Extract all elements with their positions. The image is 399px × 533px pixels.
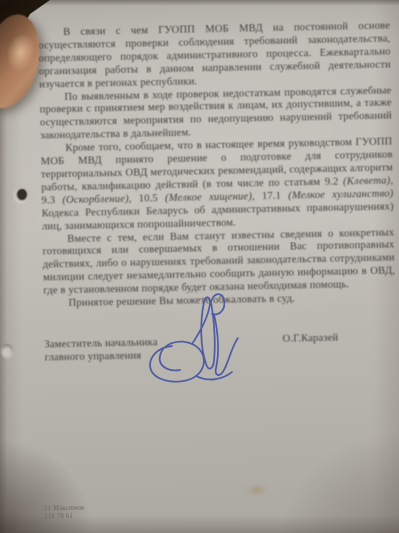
punch-hole-icon — [1, 344, 13, 357]
signer-name: О.Г.Каразей — [283, 331, 397, 346]
paragraph-3-text: Кроме того, сообщаем, что в настоящее вр… — [41, 137, 393, 194]
statute-name: (Клевета) — [343, 175, 390, 187]
paper-stain — [246, 484, 268, 496]
signer-position: Заместитель начальника главного управлен… — [44, 336, 158, 364]
photo-edge-shadow — [0, 0, 399, 6]
executor-phone: 218 78 61 — [44, 513, 85, 522]
statute-name: (Мелкое хищение) — [165, 191, 252, 204]
punch-hole-icon — [15, 187, 29, 202]
handwritten-signature-icon — [142, 288, 246, 396]
paragraph-3: Кроме того, сообщаем, что в настоящее вр… — [40, 137, 394, 234]
paragraph-1: В связи с чем ГУОПП МОБ МВД на постоянно… — [38, 20, 391, 92]
statute-name: (Мелкое хулиганство) — [288, 188, 393, 201]
statute-name: (Оскорбление) — [62, 194, 129, 206]
paragraph-2: По выявленным в ходе проверок недостатка… — [39, 85, 392, 144]
executor-note: 21 Максимов 218 78 61 — [44, 505, 85, 522]
document-photo: В связи с чем ГУОПП МОБ МВД на постоянно… — [0, 0, 399, 533]
